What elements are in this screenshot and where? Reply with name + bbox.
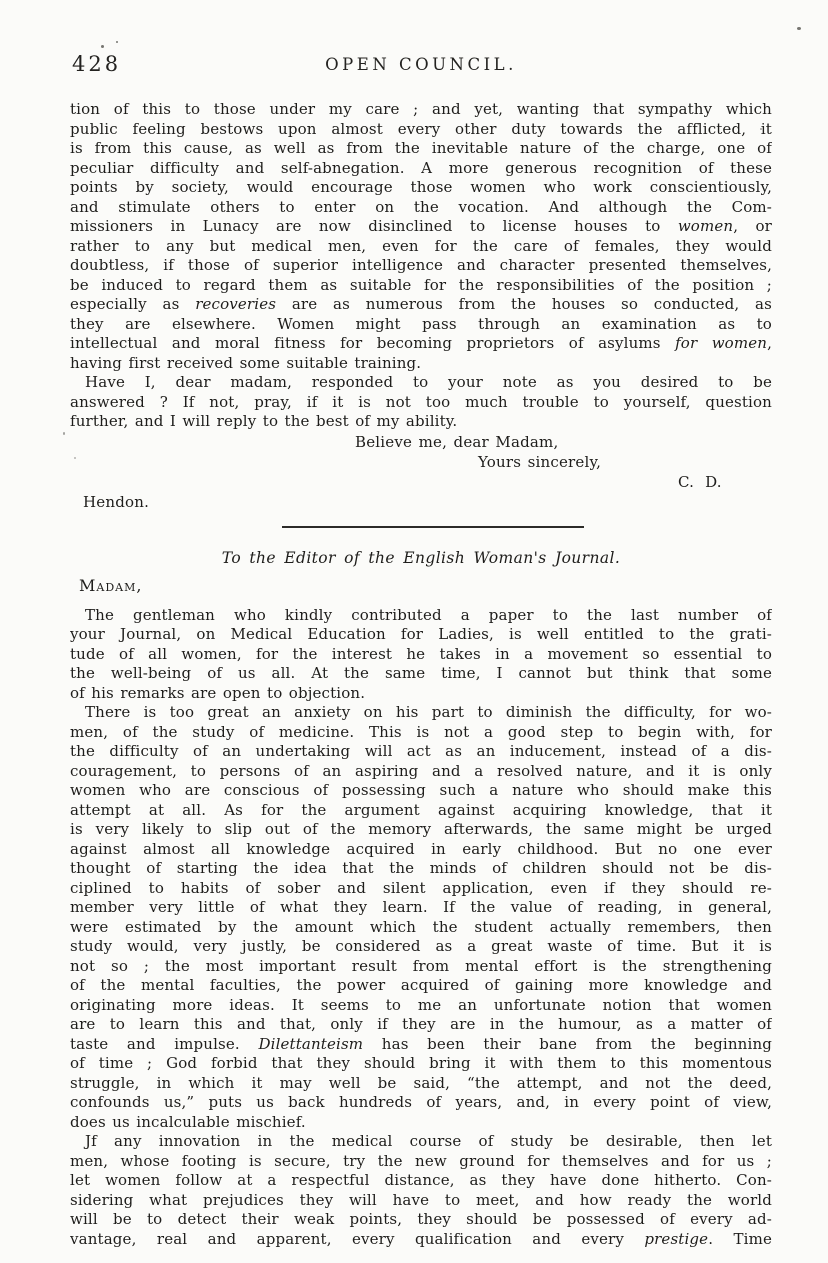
text-line: against almost all knowledge acquired in… bbox=[70, 840, 772, 860]
scan-speck bbox=[63, 432, 65, 435]
text-line: men, of the study of medicine. This is n… bbox=[70, 723, 772, 743]
text-line: vantage, real and apparent, every qualif… bbox=[70, 1230, 772, 1250]
signoff: Yours sincerely, bbox=[70, 452, 772, 472]
paragraph: There is too great an anxiety on his par… bbox=[70, 703, 772, 1132]
scan-speck bbox=[74, 457, 76, 459]
text-line: of the mental faculties, the power acqui… bbox=[70, 976, 772, 996]
text-line: thought of starting the idea that the mi… bbox=[70, 859, 772, 879]
text-line: doubtless, if those of superior intellig… bbox=[70, 256, 772, 276]
text-line: missioners in Lunacy are now disinclined… bbox=[70, 217, 772, 237]
text-line: of his remarks are open to objection. bbox=[70, 684, 772, 704]
page-number: 428 bbox=[72, 52, 121, 76]
text-line: member very little of what they learn. I… bbox=[70, 898, 772, 918]
running-title: OPEN COUNCIL. bbox=[70, 52, 772, 74]
text-line: struggle, in which it may well be said, … bbox=[70, 1074, 772, 1094]
text-line: Have I, dear madam, responded to your no… bbox=[70, 373, 772, 393]
text-line: is from this cause, as well as from the … bbox=[70, 139, 772, 159]
text-line: rather to any but medical men, even for … bbox=[70, 237, 772, 257]
scan-speck bbox=[760, 128, 762, 130]
scan-speck bbox=[101, 45, 104, 48]
text-line: peculiar difficulty and self-abnegation.… bbox=[70, 159, 772, 179]
text-line: men, whose footing is secure, try the ne… bbox=[70, 1152, 772, 1172]
scan-speck bbox=[116, 41, 118, 43]
paragraph: Jf any innovation in the medical course … bbox=[70, 1132, 772, 1249]
text-line: originating more ideas. It seems to me a… bbox=[70, 996, 772, 1016]
letter-two-body: The gentleman who kindly contributed a p… bbox=[70, 606, 772, 1250]
letter-two: To the Editor of the English Woman's Jou… bbox=[70, 548, 772, 1250]
text-line: women who are conscious of possessing su… bbox=[70, 781, 772, 801]
text-line: tion of this to those under my care ; an… bbox=[70, 100, 772, 120]
text-line: attempt at all. As for the argument agai… bbox=[70, 801, 772, 821]
text-line: public feeling bestows upon almost every… bbox=[70, 120, 772, 140]
paragraph: The gentleman who kindly contributed a p… bbox=[70, 606, 772, 704]
text-line: not so ; the most important result from … bbox=[70, 957, 772, 977]
text-line: your Journal, on Medical Education for L… bbox=[70, 625, 772, 645]
signature: C. D. bbox=[70, 472, 772, 492]
valediction: Believe me, dear Madam, bbox=[70, 432, 772, 452]
letter-one: tion of this to those under my care ; an… bbox=[70, 100, 772, 514]
text-line: points by society, would encourage those… bbox=[70, 178, 772, 198]
text-line: answered ? If not, pray, if it is not to… bbox=[70, 393, 772, 413]
text-line: and stimulate others to enter on the voc… bbox=[70, 198, 772, 218]
text-line: let women follow at a respectful distanc… bbox=[70, 1171, 772, 1191]
text-line: especially as recoveries are as numerous… bbox=[70, 295, 772, 315]
text-line: were estimated by the amount which the s… bbox=[70, 918, 772, 938]
text-line: couragement, to persons of an aspiring a… bbox=[70, 762, 772, 782]
text-line: study would, very justly, be considered … bbox=[70, 937, 772, 957]
text-line: taste and impulse. Dilettanteism has bee… bbox=[70, 1035, 772, 1055]
section-divider bbox=[282, 526, 584, 528]
text-line: will be to detect their weak points, the… bbox=[70, 1210, 772, 1230]
text-line: intellectual and moral fitness for becom… bbox=[70, 334, 772, 354]
scan-speck bbox=[797, 27, 801, 30]
text-line: of time ; God forbid that they should br… bbox=[70, 1054, 772, 1074]
salutation: Madam, bbox=[70, 576, 772, 596]
text-line: are to learn this and that, only if they… bbox=[70, 1015, 772, 1035]
text-line: sidering what prejudices they will have … bbox=[70, 1191, 772, 1211]
text-line: Jf any innovation in the medical course … bbox=[70, 1132, 772, 1152]
text-line: There is too great an anxiety on his par… bbox=[70, 703, 772, 723]
text-line: the difficulty of an undertaking will ac… bbox=[70, 742, 772, 762]
text-line: they are elsewhere. Women might pass thr… bbox=[70, 315, 772, 335]
sender-place: Hendon. bbox=[70, 492, 772, 514]
page-header: 428 OPEN COUNCIL. bbox=[70, 52, 772, 80]
text-line: does us incalculable mischief. bbox=[70, 1113, 772, 1133]
text-line: The gentleman who kindly contributed a p… bbox=[70, 606, 772, 626]
text-line: further, and I will reply to the best of… bbox=[70, 412, 772, 432]
paragraph: tion of this to those under my care ; an… bbox=[70, 100, 772, 373]
paragraph: Have I, dear madam, responded to your no… bbox=[70, 373, 772, 432]
text-line: is very likely to slip out of the memory… bbox=[70, 820, 772, 840]
text-line: ciplined to habits of sober and silent a… bbox=[70, 879, 772, 899]
text-line: having first received some suitable trai… bbox=[70, 354, 772, 374]
scanned-page: 428 OPEN COUNCIL. tion of this to those … bbox=[0, 0, 828, 1263]
text-line: the well-being of us all. At the same ti… bbox=[70, 664, 772, 684]
text-line: confounds us,” puts us back hundreds of … bbox=[70, 1093, 772, 1113]
text-line: be induced to regard them as suitable fo… bbox=[70, 276, 772, 296]
letter-heading: To the Editor of the English Woman's Jou… bbox=[70, 548, 772, 568]
text-line: tude of all women, for the interest he t… bbox=[70, 645, 772, 665]
letter-one-body: tion of this to those under my care ; an… bbox=[70, 100, 772, 432]
